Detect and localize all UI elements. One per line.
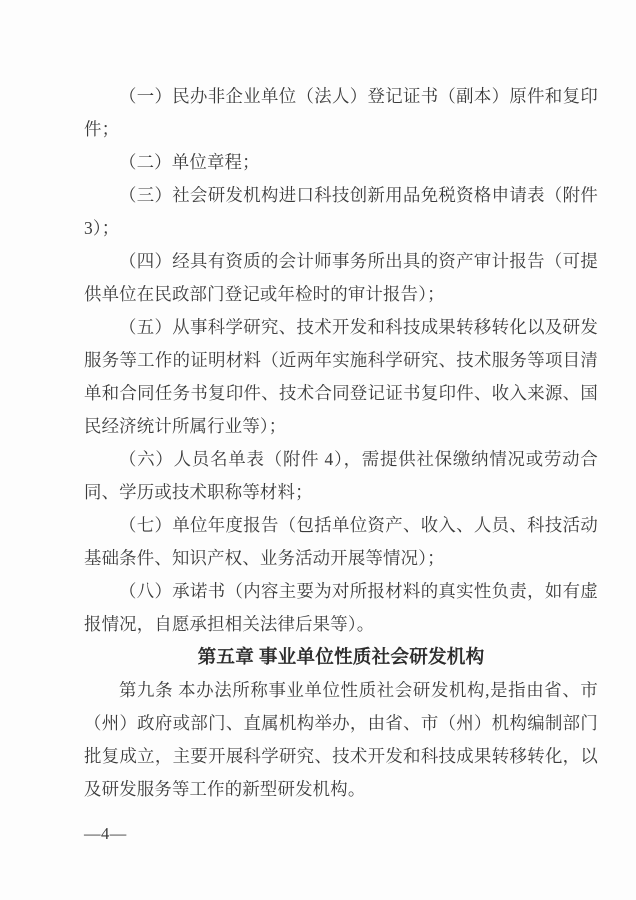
text-line: 第五章 事业单位性质社会研发机构 xyxy=(84,641,598,674)
list-item-5: （五）从事科学研究、技术开发和科技成果转移转化以及研发服务等工作的证明材料（近两… xyxy=(84,311,598,443)
list-item-2: （二）单位章程； xyxy=(84,146,598,179)
chapter-heading: 第五章 事业单位性质社会研发机构 xyxy=(84,641,598,674)
text-line: （三）社会研发机构进口科技创新用品免税资格申请表（附件 xyxy=(84,179,598,212)
text-line: 批复成立，主要开展科学研究、技术开发和科技成果转移转化，以 xyxy=(84,740,598,773)
text-line: （五）从事科学研究、技术开发和科技成果转移转化以及研发 xyxy=(84,311,598,344)
text-line: 民经济统计所属行业等）； xyxy=(84,410,598,443)
list-item-1: （一）民办非企业单位（法人）登记证书（副本）原件和复印件； xyxy=(84,80,598,146)
text-line: （二）单位章程； xyxy=(84,146,598,179)
article-9-paragraph: 第九条 本办法所称事业单位性质社会研发机构,是指由省、市（州）政府或部门、直属机… xyxy=(84,674,598,806)
text-line: 基础条件、知识产权、业务活动开展等情况）； xyxy=(84,542,598,575)
text-line: 服务等工作的证明材料（近两年实施科学研究、技术服务等项目清 xyxy=(84,344,598,377)
text-line: 报情况，自愿承担相关法律后果等）。 xyxy=(84,608,598,641)
text-line: （州）政府或部门、直属机构举办，由省、市（州）机构编制部门 xyxy=(84,707,598,740)
text-line: 件； xyxy=(84,113,598,146)
text-line: 单和合同任务书复印件、技术合同登记证书复印件、收入来源、国 xyxy=(84,377,598,410)
text-line: 供单位在民政部门登记或年检时的审计报告）； xyxy=(84,278,598,311)
document-page: （一）民办非企业单位（法人）登记证书（副本）原件和复印件；（二）单位章程；（三）… xyxy=(0,0,636,900)
text-line: 3）； xyxy=(84,212,598,245)
text-line: （六）人员名单表（附件 4），需提供社保缴纳情况或劳动合 xyxy=(84,443,598,476)
list-item-4: （四）经具有资质的会计师事务所出具的资产审计报告（可提供单位在民政部门登记或年检… xyxy=(84,245,598,311)
page-number: —4— xyxy=(84,823,127,845)
text-line: （七）单位年度报告（包括单位资产、收入、人员、科技活动 xyxy=(84,509,598,542)
text-line: 同、学历或技术职称等材料； xyxy=(84,476,598,509)
list-item-6: （六）人员名单表（附件 4），需提供社保缴纳情况或劳动合同、学历或技术职称等材料… xyxy=(84,443,598,509)
text-line: （四）经具有资质的会计师事务所出具的资产审计报告（可提 xyxy=(84,245,598,278)
text-line: 第九条 本办法所称事业单位性质社会研发机构,是指由省、市 xyxy=(84,674,598,707)
text-line: （一）民办非企业单位（法人）登记证书（副本）原件和复印 xyxy=(84,80,598,113)
document-content: （一）民办非企业单位（法人）登记证书（副本）原件和复印件；（二）单位章程；（三）… xyxy=(84,80,598,806)
text-line: （八）承诺书（内容主要为对所报材料的真实性负责，如有虚 xyxy=(84,575,598,608)
list-item-7: （七）单位年度报告（包括单位资产、收入、人员、科技活动基础条件、知识产权、业务活… xyxy=(84,509,598,575)
list-item-8: （八）承诺书（内容主要为对所报材料的真实性负责，如有虚报情况，自愿承担相关法律后… xyxy=(84,575,598,641)
list-item-3: （三）社会研发机构进口科技创新用品免税资格申请表（附件3）； xyxy=(84,179,598,245)
text-line: 及研发服务等工作的新型研发机构。 xyxy=(84,773,598,806)
